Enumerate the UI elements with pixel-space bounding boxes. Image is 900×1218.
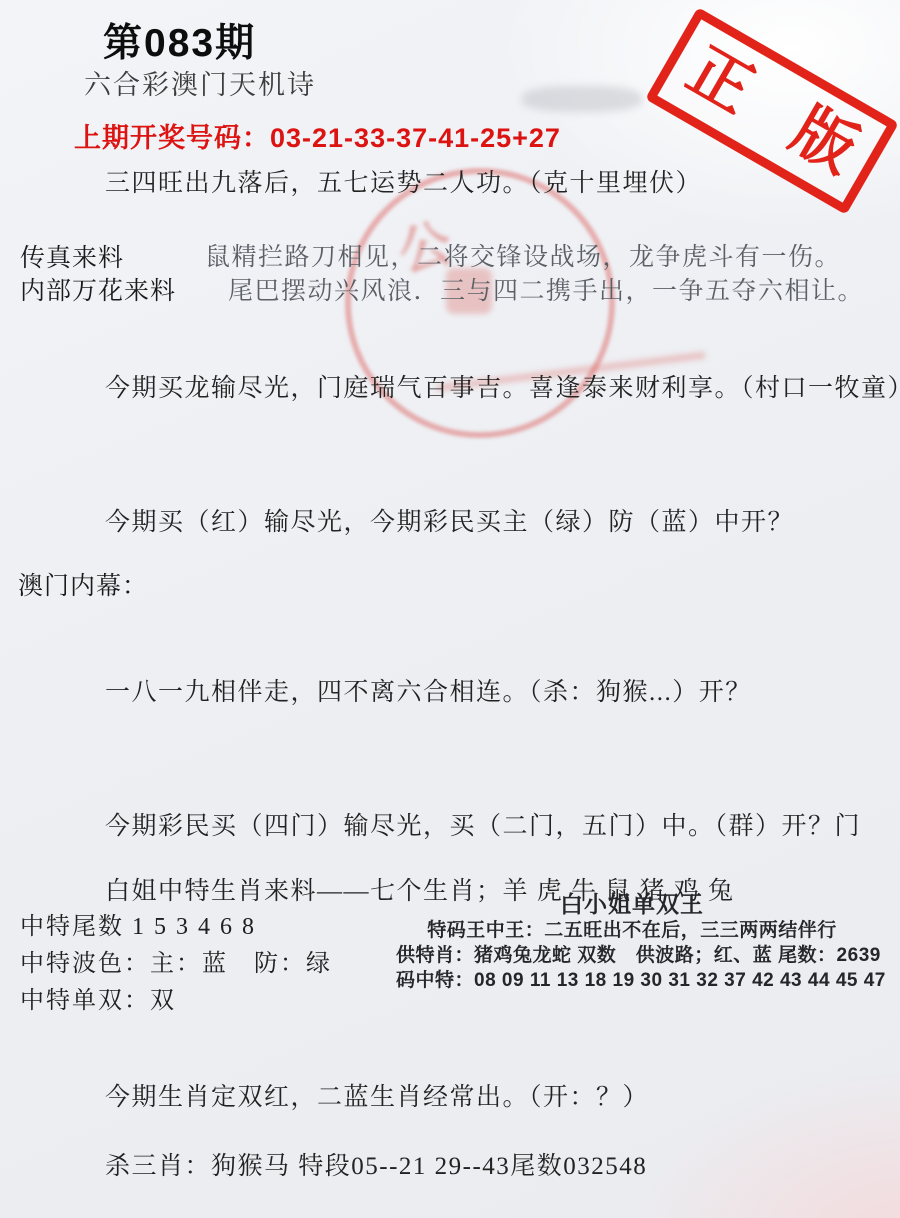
special-tail-numbers: 中特尾数 1 5 3 4 6 8 xyxy=(20,906,256,941)
fax-source-label: 传真来料 xyxy=(20,238,124,274)
last-draw-line: 上期开奖号码：03-21-33-37-41-25+27 xyxy=(74,116,561,155)
baixiaojie-block: 白小姐单双王 特码王中王：二五旺出不在后，三三两两结伴行 供特肖：猪鸡兔龙蛇 双… xyxy=(396,891,868,993)
poem-companion: 一八一九相伴走，四不离六合相连。（杀：狗猴...）开？ xyxy=(105,672,752,708)
fax-source-text: 鼠精拦路刀相见，二将交锋设战场，龙争虎斗有一伤。 xyxy=(205,237,841,273)
baixiaojie-line2: 供特肖：猪鸡兔龙蛇 双数 供波路；红、蓝 尾数：2639 xyxy=(396,943,868,968)
baixiaojie-line1: 特码王中王：二五旺出不在后，三三两两结伴行 xyxy=(396,918,868,943)
special-wave-color: 中特波色：主：蓝 防：绿 xyxy=(20,943,332,978)
last-draw-numbers: 03-21-33-37-41-25+27 xyxy=(270,123,561,153)
poem-doors: 今期彩民买（四门）输尽光，买（二门，五门）中。（群）开？门 xyxy=(105,806,861,842)
poem-buy-red: 今期买（红）输尽光，今期彩民买主（绿）防（蓝）中开？ xyxy=(105,502,794,538)
baixiaojie-line3: 码中特：08 09 11 13 18 19 30 31 32 37 42 43 … xyxy=(396,968,868,993)
zodiac-prediction-line: 今期生肖定双红，二蓝生肖经常出。（开：？） xyxy=(105,1077,649,1113)
stamp-char-left: 正 xyxy=(678,39,763,124)
page-subtitle: 六合彩澳门天机诗 xyxy=(84,63,316,102)
ink-smudge xyxy=(522,86,642,112)
kill-three-zodiac-line: 杀三肖：狗猴马 特段05--21 29--43尾数032548 xyxy=(105,1146,647,1182)
stamp-char-right: 版 xyxy=(782,99,867,184)
poem-buy-dragon: 今期买龙输尽光，门庭瑞气百事吉。喜逢泰来财利享。（村口一牧童） xyxy=(105,368,900,404)
internal-source-label: 内部万花来料 xyxy=(20,271,176,307)
lottery-tip-sheet: 公 第083期 六合彩澳门天机诗 上期开奖号码：03-21-33-37-41-2… xyxy=(0,0,900,1218)
macau-insider-label: 澳门内幕： xyxy=(18,566,148,602)
issue-title: 第083期 xyxy=(103,12,256,68)
baixiaojie-title: 白小姐单双王 xyxy=(396,891,868,918)
last-draw-label: 上期开奖号码： xyxy=(74,123,270,153)
internal-source-text: 尾巴摆动兴风浪．三与四二携手出，一争五夺六相让。 xyxy=(228,271,864,307)
special-odd-even: 中特单双：双 xyxy=(20,980,176,1015)
poem-opening: 三四旺出九落后，五七运势二人功。（克十里埋伏） xyxy=(105,163,702,199)
